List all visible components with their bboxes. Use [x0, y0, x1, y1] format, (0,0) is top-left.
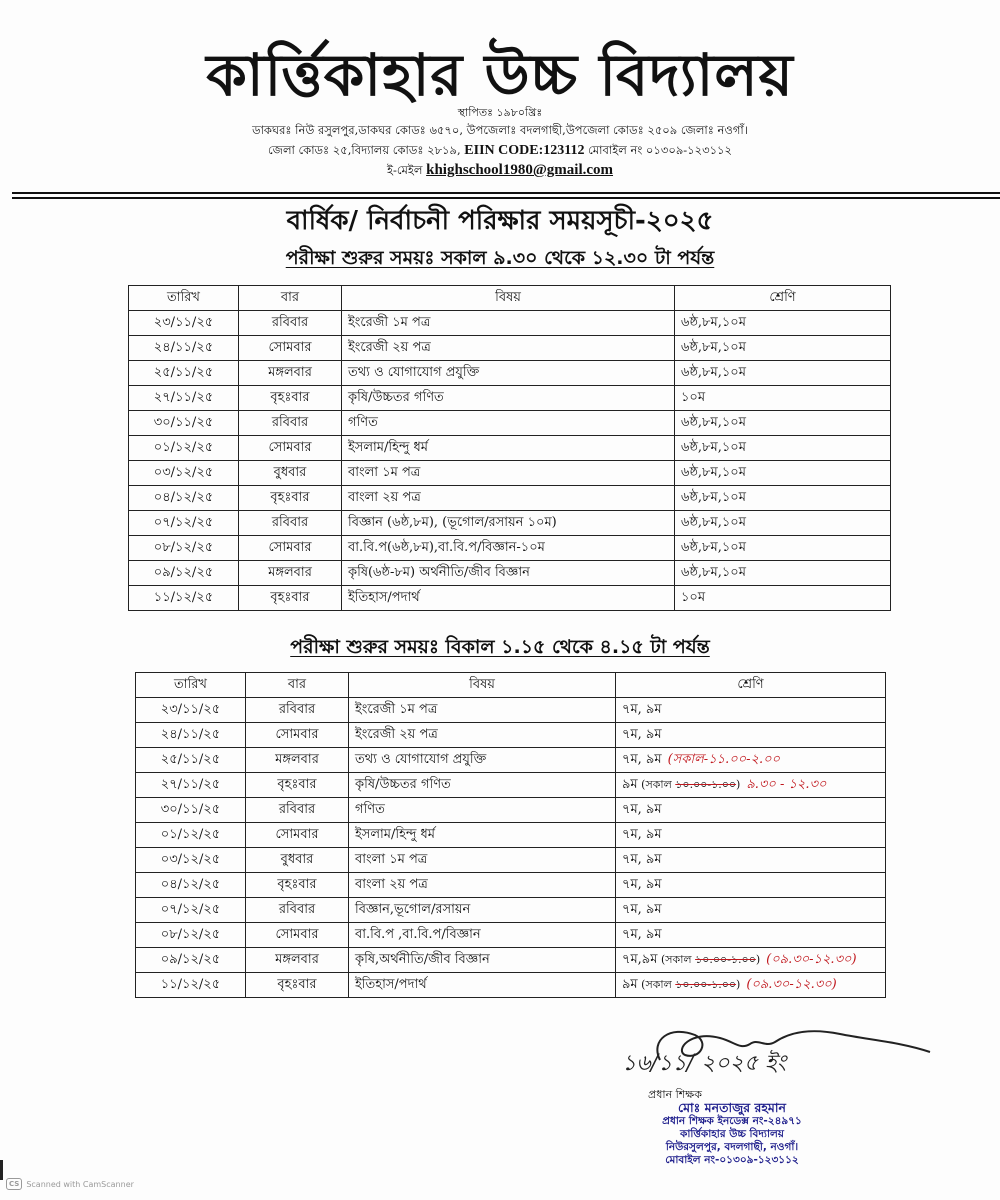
- table-row: ০৪/১২/২৫বৃহঃবারবাংলা ২য় পত্র৭ম, ৯ম: [136, 873, 886, 898]
- class-list: ৭ম,৯ম: [622, 952, 657, 967]
- cell-day: সোমবার: [246, 823, 349, 848]
- cell-date: ০১/১২/২৫: [129, 436, 239, 461]
- time-note: (সকাল ১০.০০-১.০০): [638, 978, 741, 991]
- cell-class: ৭ম,৯ম (সকাল ১০.০০-১.০০)(০৯.৩০-১২.৩০): [616, 948, 886, 973]
- cell-subject: ইংরেজী ২য় পত্র: [349, 723, 616, 748]
- cell-day: মঙ্গলবার: [239, 361, 342, 386]
- stamp-address: নিউরসুলপুর, বদলগাছী, নওগাঁ।: [612, 1141, 852, 1154]
- handwritten-correction: (০৯.৩০-১২.৩০): [746, 977, 836, 992]
- table-row: ২৩/১১/২৫রবিবারইংরেজী ১ম পত্র৬ষ্ঠ,৮ম,১০ম: [129, 311, 891, 336]
- cell-date: ২৪/১১/২৫: [129, 336, 239, 361]
- cell-class: ৬ষ্ঠ,৮ম,১০ম: [675, 461, 891, 486]
- cell-day: বুধবার: [239, 461, 342, 486]
- cell-class: ৬ষ্ঠ,৮ম,১০ম: [675, 361, 891, 386]
- time-note-label: (সকাল: [661, 953, 692, 966]
- cell-class: ৬ষ্ঠ,৮ম,১০ম: [675, 436, 891, 461]
- col-header-subject: বিষয়: [349, 673, 616, 698]
- cell-day: রবিবার: [239, 311, 342, 336]
- cell-date: ০৩/১২/২৫: [136, 848, 246, 873]
- scan-edge: [0, 1160, 3, 1180]
- time-note-label: (সকাল: [641, 778, 672, 791]
- cell-day: সোমবার: [246, 723, 349, 748]
- stamp-index: প্রধান শিক্ষক ইনডেক্স নং-২৪৯৭১: [612, 1115, 852, 1128]
- class-list: ৭ম, ৯ম: [622, 927, 662, 942]
- cell-class: ৭ম, ৯ম: [616, 873, 886, 898]
- cell-date: ০৩/১২/২৫: [129, 461, 239, 486]
- cell-class: ৬ষ্ঠ,৮ম,১০ম: [675, 561, 891, 586]
- scanner-text: Scanned with CamScanner: [26, 1180, 134, 1189]
- cell-subject: তথ্য ও যোগাযোগ প্রযুক্তি: [349, 748, 616, 773]
- established-line: স্থাপিতঃ ১৯৮০খ্রিঃ: [0, 104, 1000, 123]
- cell-subject: ইংরেজী ২য় পত্র: [342, 336, 675, 361]
- cell-subject: বাংলা ১ম পত্র: [342, 461, 675, 486]
- col-header-subject: বিষয়: [342, 286, 675, 311]
- cell-day: বৃহঃবার: [246, 873, 349, 898]
- cell-date: ৩০/১১/২৫: [136, 798, 246, 823]
- table-row: ০৯/১২/২৫মঙ্গলবারকৃষি,অর্থনীতি/জীব বিজ্ঞা…: [136, 948, 886, 973]
- cell-subject: কৃষি(৬ষ্ঠ-৮ম) অর্থনীতি/জীব বিজ্ঞান: [342, 561, 675, 586]
- cell-subject: কৃষি,অর্থনীতি/জীব বিজ্ঞান: [349, 948, 616, 973]
- cell-day: বৃহঃবার: [246, 973, 349, 998]
- col-header-date: তারিখ: [129, 286, 239, 311]
- cell-subject: গণিত: [349, 798, 616, 823]
- headmaster-stamp: মোঃ মনতাজুর রহমান প্রধান শিক্ষক ইনডেক্স …: [612, 1100, 852, 1167]
- table-row: ০৩/১২/২৫বুধবারবাংলা ১ম পত্র৭ম, ৯ম: [136, 848, 886, 873]
- cell-date: ২৩/১১/২৫: [136, 698, 246, 723]
- eiin-code: EIIN CODE:123112: [464, 143, 584, 158]
- time-note-label: (সকাল: [641, 978, 672, 991]
- class-list: ৭ম, ৯ম: [622, 877, 662, 892]
- table-row: ২৭/১১/২৫বৃহঃবারকৃষি/উচ্চতর গণিত১০ম: [129, 386, 891, 411]
- cell-subject: ইংরেজী ১ম পত্র: [349, 698, 616, 723]
- morning-schedule-table: তারিখ বার বিষয় শ্রেণি ২৩/১১/২৫রবিবারইংর…: [128, 285, 891, 611]
- cell-class: ৭ম, ৯ম(সকাল-১১.০০-২.০০: [616, 748, 886, 773]
- cell-day: মঙ্গলবার: [246, 948, 349, 973]
- cell-date: ০৯/১২/২৫: [136, 948, 246, 973]
- col-header-class: শ্রেণি: [616, 673, 886, 698]
- cell-subject: ইতিহাস/পদার্থ: [349, 973, 616, 998]
- cell-day: মঙ্গলবার: [239, 561, 342, 586]
- table-row: ০১/১২/২৫সোমবারইসলাম/হিন্দু ধর্ম৭ম, ৯ম: [136, 823, 886, 848]
- cell-subject: কৃষি/উচ্চতর গণিত: [349, 773, 616, 798]
- cell-subject: ইসলাম/হিন্দু ধর্ম: [349, 823, 616, 848]
- cell-day: রবিবার: [246, 698, 349, 723]
- table-row: ০৯/১২/২৫মঙ্গলবারকৃষি(৬ষ্ঠ-৮ম) অর্থনীতি/জ…: [129, 561, 891, 586]
- school-name: কার্ত্তিকাহার উচ্চ বিদ্যালয়: [0, 38, 1000, 112]
- cell-subject: বিজ্ঞান,ভূগোল/রসায়ন: [349, 898, 616, 923]
- cell-date: ২৪/১১/২৫: [136, 723, 246, 748]
- cell-day: বুধবার: [246, 848, 349, 873]
- col-header-day: বার: [246, 673, 349, 698]
- cell-subject: ইসলাম/হিন্দু ধর্ম: [342, 436, 675, 461]
- cell-day: বৃহঃবার: [239, 586, 342, 611]
- col-header-class: শ্রেণি: [675, 286, 891, 311]
- session2-title: পরীক্ষা শুরুর সময়ঃ বিকাল ১.১৫ থেকে ৪.১৫…: [0, 634, 1000, 660]
- table-row: ০৮/১২/২৫সোমবারবা.বি.প ,বা.বি.প/বিজ্ঞান৭ম…: [136, 923, 886, 948]
- cell-date: ২৫/১১/২৫: [129, 361, 239, 386]
- table-row: ২৫/১১/২৫মঙ্গলবারতথ্য ও যোগাযোগ প্রযুক্তি…: [129, 361, 891, 386]
- cell-day: সোমবার: [239, 336, 342, 361]
- cell-subject: গণিত: [342, 411, 675, 436]
- cell-day: সোমবার: [246, 923, 349, 948]
- class-list: ৭ম, ৯ম: [622, 902, 662, 917]
- cell-date: ০৪/১২/২৫: [129, 486, 239, 511]
- cell-day: বৃহঃবার: [246, 773, 349, 798]
- table-row: ১১/১২/২৫বৃহঃবারইতিহাস/পদার্থ৯ম (সকাল ১০.…: [136, 973, 886, 998]
- cell-class: ১০ম: [675, 586, 891, 611]
- cell-class: ৬ষ্ঠ,৮ম,১০ম: [675, 486, 891, 511]
- class-list: ৭ম, ৯ম: [622, 802, 662, 817]
- cell-subject: বাংলা ১ম পত্র: [349, 848, 616, 873]
- email-link[interactable]: khighschool1980@gmail.com: [426, 162, 613, 178]
- cell-class: ৬ষ্ঠ,৮ম,১০ম: [675, 336, 891, 361]
- cell-day: বৃহঃবার: [239, 486, 342, 511]
- session1-title-text: পরীক্ষা শুরুর সময়ঃ সকাল ৯.৩০ থেকে ১২.৩০…: [286, 247, 715, 269]
- table-row: ০৪/১২/২৫বৃহঃবারবাংলা ২য় পত্র৬ষ্ঠ,৮ম,১০ম: [129, 486, 891, 511]
- camscanner-icon: CS: [6, 1178, 22, 1190]
- cell-class: ১০ম: [675, 386, 891, 411]
- cell-date: ২৭/১১/২৫: [136, 773, 246, 798]
- cell-subject: ইংরেজী ১ম পত্র: [342, 311, 675, 336]
- cell-subject: বিজ্ঞান (৬ষ্ঠ,৮ম), (ভূগোল/রসায়ন ১০ম): [342, 511, 675, 536]
- cell-date: ২৭/১১/২৫: [129, 386, 239, 411]
- cell-subject: বাংলা ২য় পত্র: [349, 873, 616, 898]
- table-row: ৩০/১১/২৫রবিবারগণিত৭ম, ৯ম: [136, 798, 886, 823]
- cell-class: ৭ম, ৯ম: [616, 923, 886, 948]
- class-list: ৭ম, ৯ম: [622, 827, 662, 842]
- cell-date: ১১/১২/২৫: [129, 586, 239, 611]
- cell-date: ০১/১২/২৫: [136, 823, 246, 848]
- afternoon-schedule-table: তারিখ বার বিষয় শ্রেণি ২৩/১১/২৫রবিবারইংর…: [135, 672, 886, 998]
- email-label: ই-মেইল: [387, 163, 422, 177]
- cell-subject: তথ্য ও যোগাযোগ প্রযুক্তি: [342, 361, 675, 386]
- table-row: ০৭/১২/২৫রবিবারবিজ্ঞান (৬ষ্ঠ,৮ম), (ভূগোল/…: [129, 511, 891, 536]
- table-row: ২৩/১১/২৫রবিবারইংরেজী ১ম পত্র৭ম, ৯ম: [136, 698, 886, 723]
- session1-title: পরীক্ষা শুরুর সময়ঃ সকাল ৯.৩০ থেকে ১২.৩০…: [0, 245, 1000, 271]
- handwritten-correction: (সকাল-১১.০০-২.০০: [668, 752, 780, 767]
- mobile-text: মোবাইল নং ০১৩০৯-১২৩১১২: [588, 143, 732, 157]
- cell-date: ০৭/১২/২৫: [136, 898, 246, 923]
- table-row: ২৭/১১/২৫বৃহঃবারকৃষি/উচ্চতর গণিত৯ম (সকাল …: [136, 773, 886, 798]
- struck-time: ১০.০০-১.০০: [695, 953, 756, 966]
- time-note-close: ): [736, 978, 740, 991]
- header-divider-bottom: [12, 197, 1000, 199]
- cell-class: ৯ম (সকাল ১০.০০-১.০০)৯.৩০ - ১২.৩০: [616, 773, 886, 798]
- cell-class: ৭ম, ৯ম: [616, 723, 886, 748]
- session2-title-text: পরীক্ষা শুরুর সময়ঃ বিকাল ১.১৫ থেকে ৪.১৫…: [290, 636, 710, 658]
- codes-text: জেলা কোডঃ ২৫,বিদ্যালয় কোডঃ ২৮১৯,: [268, 143, 461, 157]
- stamp-name: মোঃ মনতাজুর রহমান: [612, 1100, 852, 1115]
- cell-subject: কৃষি/উচ্চতর গণিত: [342, 386, 675, 411]
- cell-day: সোমবার: [239, 436, 342, 461]
- table-header-row: তারিখ বার বিষয় শ্রেণি: [136, 673, 886, 698]
- class-list: ৭ম, ৯ম: [622, 852, 662, 867]
- cell-class: ৬ষ্ঠ,৮ম,১০ম: [675, 411, 891, 436]
- cell-date: ০৮/১২/২৫: [136, 923, 246, 948]
- handwritten-correction: ৯.৩০ - ১২.৩০: [746, 777, 826, 792]
- cell-date: ১১/১২/২৫: [136, 973, 246, 998]
- table-row: ০৮/১২/২৫সোমবারবা.বি.প(৬ষ্ঠ,৮ম),বা.বি.প/ব…: [129, 536, 891, 561]
- cell-date: ২৫/১১/২৫: [136, 748, 246, 773]
- cell-date: ২৩/১১/২৫: [129, 311, 239, 336]
- cell-subject: বা.বি.প ,বা.বি.প/বিজ্ঞান: [349, 923, 616, 948]
- time-note: (সকাল ১০.০০-১.০০): [638, 778, 741, 791]
- header-divider-top: [12, 192, 1000, 194]
- cell-class: ৯ম (সকাল ১০.০০-১.০০)(০৯.৩০-১২.৩০): [616, 973, 886, 998]
- email-line: ই-মেইল khighschool1980@gmail.com: [0, 162, 1000, 181]
- cell-date: ০৮/১২/২৫: [129, 536, 239, 561]
- cell-date: ০৪/১২/২৫: [136, 873, 246, 898]
- cell-day: বৃহঃবার: [239, 386, 342, 411]
- table-row: ২৪/১১/২৫সোমবারইংরেজী ২য় পত্র৬ষ্ঠ,৮ম,১০ম: [129, 336, 891, 361]
- handwritten-correction: (০৯.৩০-১২.৩০): [766, 952, 856, 967]
- exam-title: বার্ষিক/ নির্বাচনী পরিক্ষার সময়সূচী-২০২…: [0, 204, 1000, 238]
- cell-class: ৭ম, ৯ম: [616, 798, 886, 823]
- col-header-date: তারিখ: [136, 673, 246, 698]
- cell-day: রবিবার: [246, 898, 349, 923]
- table-row: ৩০/১১/২৫রবিবারগণিত৬ষ্ঠ,৮ম,১০ম: [129, 411, 891, 436]
- time-note-close: ): [756, 953, 760, 966]
- stamp-school: কার্ত্তিকাহার উচ্চ বিদ্যালয়: [612, 1128, 852, 1141]
- class-list: ৯ম: [622, 977, 638, 992]
- table-header-row: তারিখ বার বিষয় শ্রেণি: [129, 286, 891, 311]
- cell-day: রবিবার: [239, 511, 342, 536]
- cell-class: ৭ম, ৯ম: [616, 848, 886, 873]
- cell-subject: বাংলা ২য় পত্র: [342, 486, 675, 511]
- cell-date: ০৯/১২/২৫: [129, 561, 239, 586]
- cell-day: মঙ্গলবার: [246, 748, 349, 773]
- scanner-watermark: CS Scanned with CamScanner: [6, 1178, 134, 1190]
- cell-class: ৭ম, ৯ম: [616, 898, 886, 923]
- cell-class: ৬ষ্ঠ,৮ম,১০ম: [675, 536, 891, 561]
- cell-class: ৭ম, ৯ম: [616, 698, 886, 723]
- class-list: ৯ম: [622, 777, 638, 792]
- cell-subject: ইতিহাস/পদার্থ: [342, 586, 675, 611]
- table-row: ১১/১২/২৫বৃহঃবারইতিহাস/পদার্থ১০ম: [129, 586, 891, 611]
- table-row: ০১/১২/২৫সোমবারইসলাম/হিন্দু ধর্ম৬ষ্ঠ,৮ম,১…: [129, 436, 891, 461]
- table-row: ০৭/১২/২৫রবিবারবিজ্ঞান,ভূগোল/রসায়ন৭ম, ৯ম: [136, 898, 886, 923]
- cell-class: ৬ষ্ঠ,৮ম,১০ম: [675, 511, 891, 536]
- signature-date: ১৬/১১/ ২০২৫ ইং: [622, 1046, 786, 1083]
- class-list: ৭ম, ৯ম: [622, 727, 662, 742]
- stamp-mobile: মোবাইল নং-০১৩০৯-১২৩১১২: [612, 1154, 852, 1167]
- cell-class: ৬ষ্ঠ,৮ম,১০ম: [675, 311, 891, 336]
- address-line-1: ডাকঘরঃ নিউ রসুলপুর,ডাকঘর কোডঃ ৬৫৭০, উপজে…: [0, 122, 1000, 141]
- struck-time: ১০.০০-১.০০: [675, 978, 736, 991]
- time-note-close: ): [736, 778, 740, 791]
- class-list: ৭ম, ৯ম: [622, 702, 662, 717]
- time-note: (সকাল ১০.০০-১.০০): [657, 953, 760, 966]
- table-row: ০৩/১২/২৫বুধবারবাংলা ১ম পত্র৬ষ্ঠ,৮ম,১০ম: [129, 461, 891, 486]
- cell-day: সোমবার: [239, 536, 342, 561]
- cell-day: রবিবার: [246, 798, 349, 823]
- table-row: ২৪/১১/২৫সোমবারইংরেজী ২য় পত্র৭ম, ৯ম: [136, 723, 886, 748]
- cell-date: ০৭/১২/২৫: [129, 511, 239, 536]
- struck-time: ১০.০০-১.০০: [675, 778, 736, 791]
- cell-class: ৭ম, ৯ম: [616, 823, 886, 848]
- class-list: ৭ম, ৯ম: [622, 752, 662, 767]
- col-header-day: বার: [239, 286, 342, 311]
- table-row: ২৫/১১/২৫মঙ্গলবারতথ্য ও যোগাযোগ প্রযুক্তি…: [136, 748, 886, 773]
- cell-date: ৩০/১১/২৫: [129, 411, 239, 436]
- cell-day: রবিবার: [239, 411, 342, 436]
- address-line-2: জেলা কোডঃ ২৫,বিদ্যালয় কোডঃ ২৮১৯, EIIN C…: [0, 142, 1000, 161]
- cell-subject: বা.বি.প(৬ষ্ঠ,৮ম),বা.বি.প/বিজ্ঞান-১০ম: [342, 536, 675, 561]
